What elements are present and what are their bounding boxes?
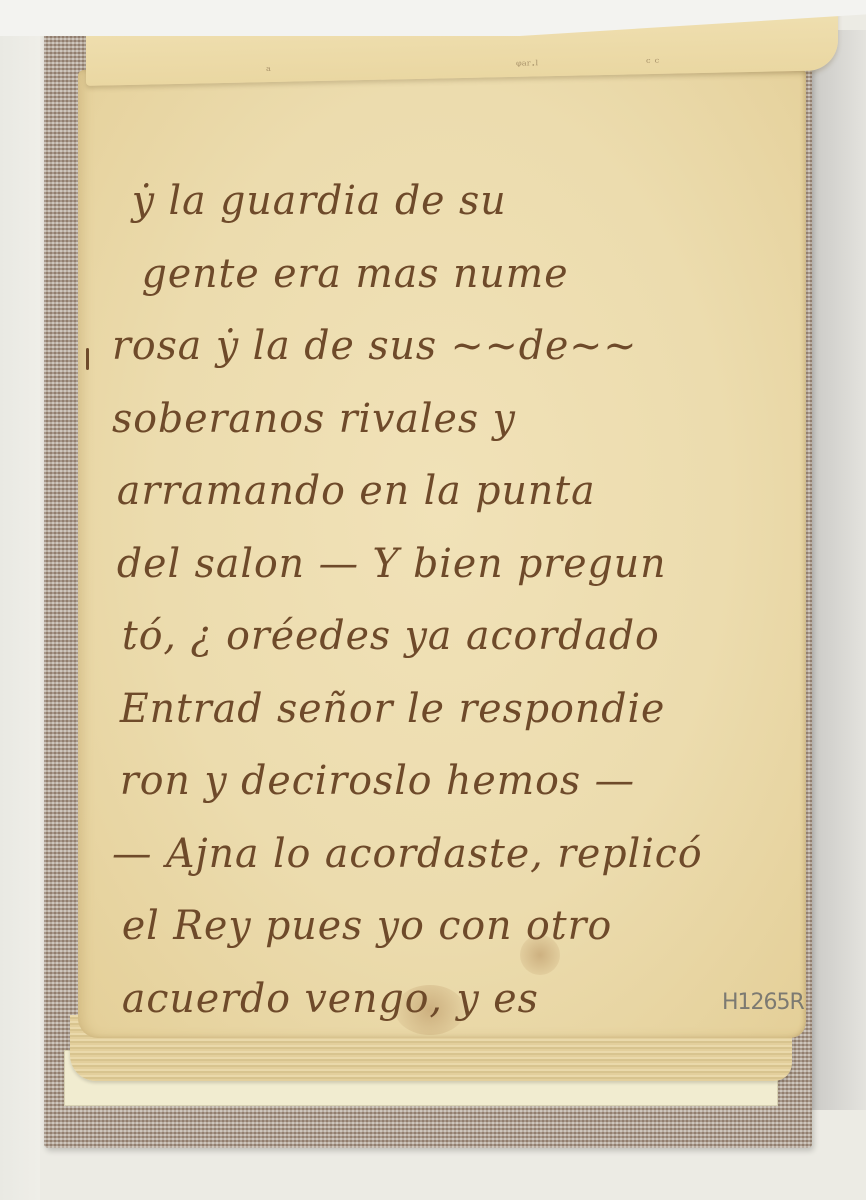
handwriting-line: acuerdo vengo, y es <box>112 963 792 1036</box>
handwritten-text: ẏ la guardia de su gente era mas nume ro… <box>112 165 802 1035</box>
margin-mark <box>86 348 89 370</box>
handwriting-line: el Rey pues yo con otro <box>112 890 792 963</box>
handwriting-line: del salon — Y bien pregun <box>112 528 792 601</box>
handwriting-line: tó, ¿ oréedes ya acordado <box>112 600 792 673</box>
right-background-shadow <box>805 30 866 1110</box>
handwriting-line: — Ajna lo acordaste, replicó <box>112 818 792 891</box>
flap-mark: ᶜ ᶜ <box>646 56 659 71</box>
handwriting-line: ẏ la guardia de su <box>112 165 792 238</box>
handwriting-line: gente era mas nume <box>112 238 792 311</box>
handwriting-line: arramando en la punta <box>112 455 792 528</box>
flap-mark: ᵃ <box>266 64 271 79</box>
handwriting-line: ron y deciroslo hemos — <box>112 745 792 818</box>
catalog-stamp: H1265R <box>722 990 804 1015</box>
handwriting-line: rosa ẏ la de sus ~~de~~ <box>112 310 792 383</box>
handwriting-line: Entrad señor le respondie <box>112 673 792 746</box>
left-background-sheet <box>0 0 40 1200</box>
flap-mark: ᵠᵃʳ·ˡ <box>516 58 539 73</box>
handwriting-line: soberanos rivales y <box>112 383 792 456</box>
